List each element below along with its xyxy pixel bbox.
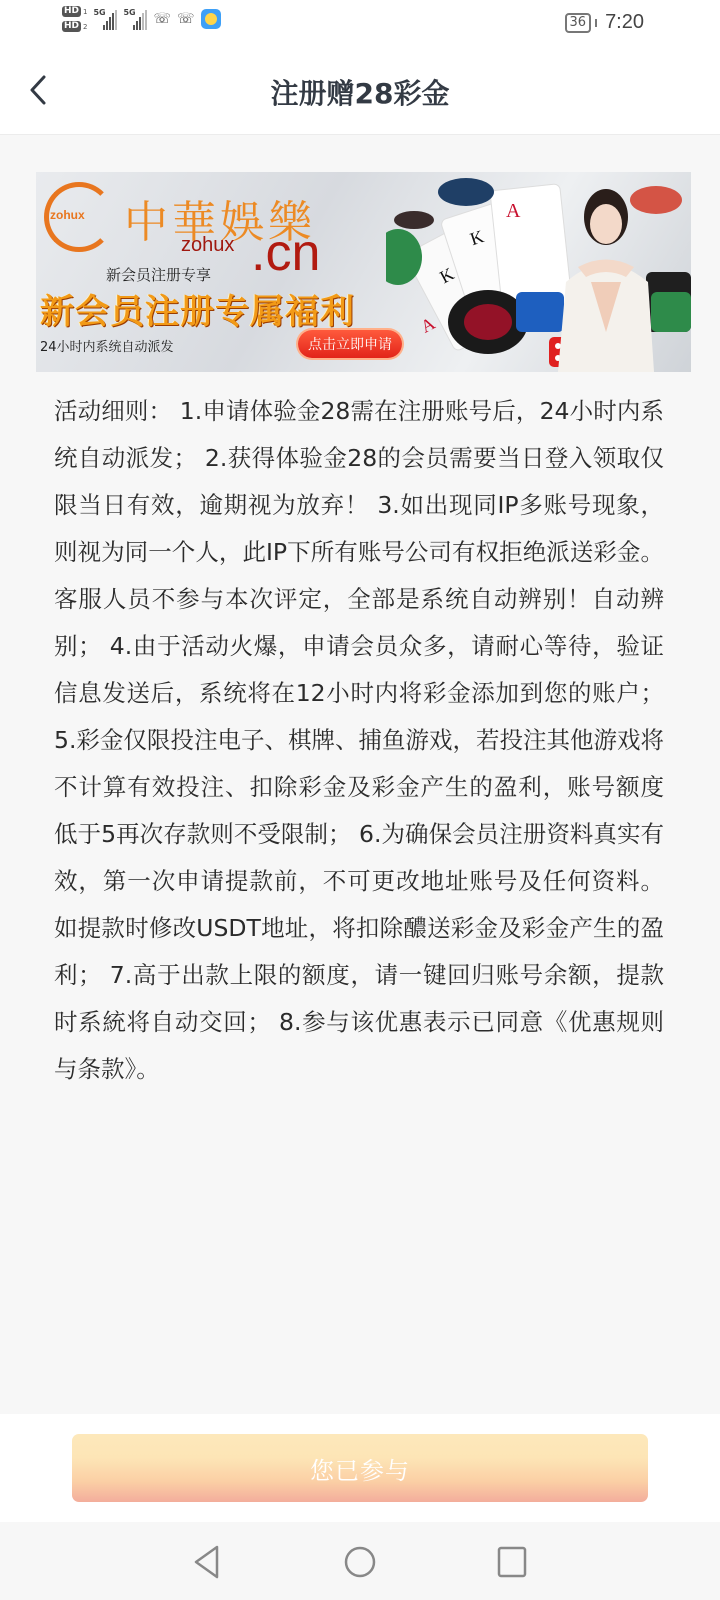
- battery-icon: 36: [565, 13, 592, 33]
- sim1-index: 1: [83, 8, 87, 16]
- network-type: 5G: [93, 8, 105, 17]
- weather-app-icon: [201, 9, 221, 29]
- promo-banner[interactable]: zohux 中華娛樂 zohux .cn 新会员注册专享 新会员注册专属福利 2…: [36, 172, 691, 372]
- status-icons-right: 36 7:20: [565, 11, 644, 34]
- banner-headline: 新会员注册专属福利: [40, 284, 355, 333]
- battery-tip: [595, 19, 597, 27]
- nav-back-button[interactable]: [185, 1540, 229, 1584]
- nav-home-button[interactable]: [338, 1540, 382, 1584]
- recents-square-icon: [496, 1545, 528, 1579]
- sim-indicators: HD 1 HD 2: [62, 6, 87, 32]
- missed-call-icon: ☏: [153, 11, 171, 27]
- status-bar: HD 1 HD 2 5G 5G ☏ ☏ 36 7:20: [0, 0, 720, 50]
- nav-recents-button[interactable]: [490, 1540, 534, 1584]
- status-icons-left: HD 1 HD 2 5G 5G ☏ ☏: [62, 6, 221, 32]
- sim2-index: 2: [83, 23, 87, 31]
- banner-note: 24小时内系统自动派发: [40, 336, 174, 355]
- system-nav-bar: [0, 1522, 720, 1600]
- signal-icon-sim1: 5G: [93, 8, 117, 30]
- casino-illustration: A K K A €: [386, 172, 691, 372]
- brand-domain-suffix: .cn: [251, 227, 320, 279]
- already-joined-button[interactable]: 您已参与: [72, 1434, 648, 1502]
- missed-call-icon: ☏: [177, 11, 195, 27]
- banner-subtitle: 新会员注册专享: [106, 264, 211, 285]
- sim2-indicator: HD 2: [62, 21, 87, 32]
- network-type: 5G: [123, 8, 135, 17]
- sim1-indicator: HD 1: [62, 6, 87, 17]
- back-triangle-icon: [191, 1544, 223, 1580]
- hd-icon: HD: [62, 21, 81, 32]
- app-header: 注册赠28彩金: [0, 50, 720, 135]
- signal-icon-sim2: 5G: [123, 8, 147, 30]
- brand-domain: zohux: [181, 234, 234, 257]
- home-circle-icon: [343, 1545, 377, 1579]
- logo-text: zohux: [50, 208, 85, 222]
- clock: 7:20: [605, 11, 644, 34]
- activity-rules-text: 活动细则： 1.申请体验金28需在注册账号后，24小时内系统自动派发； 2.获得…: [54, 388, 664, 1093]
- bottom-action-bar: 您已参与: [0, 1414, 720, 1522]
- model-figure: [558, 189, 654, 372]
- svg-text:A: A: [506, 200, 521, 222]
- page-title: 注册赠28彩金: [0, 72, 720, 112]
- hd-icon: HD: [62, 6, 81, 17]
- svg-text:A: A: [417, 313, 438, 337]
